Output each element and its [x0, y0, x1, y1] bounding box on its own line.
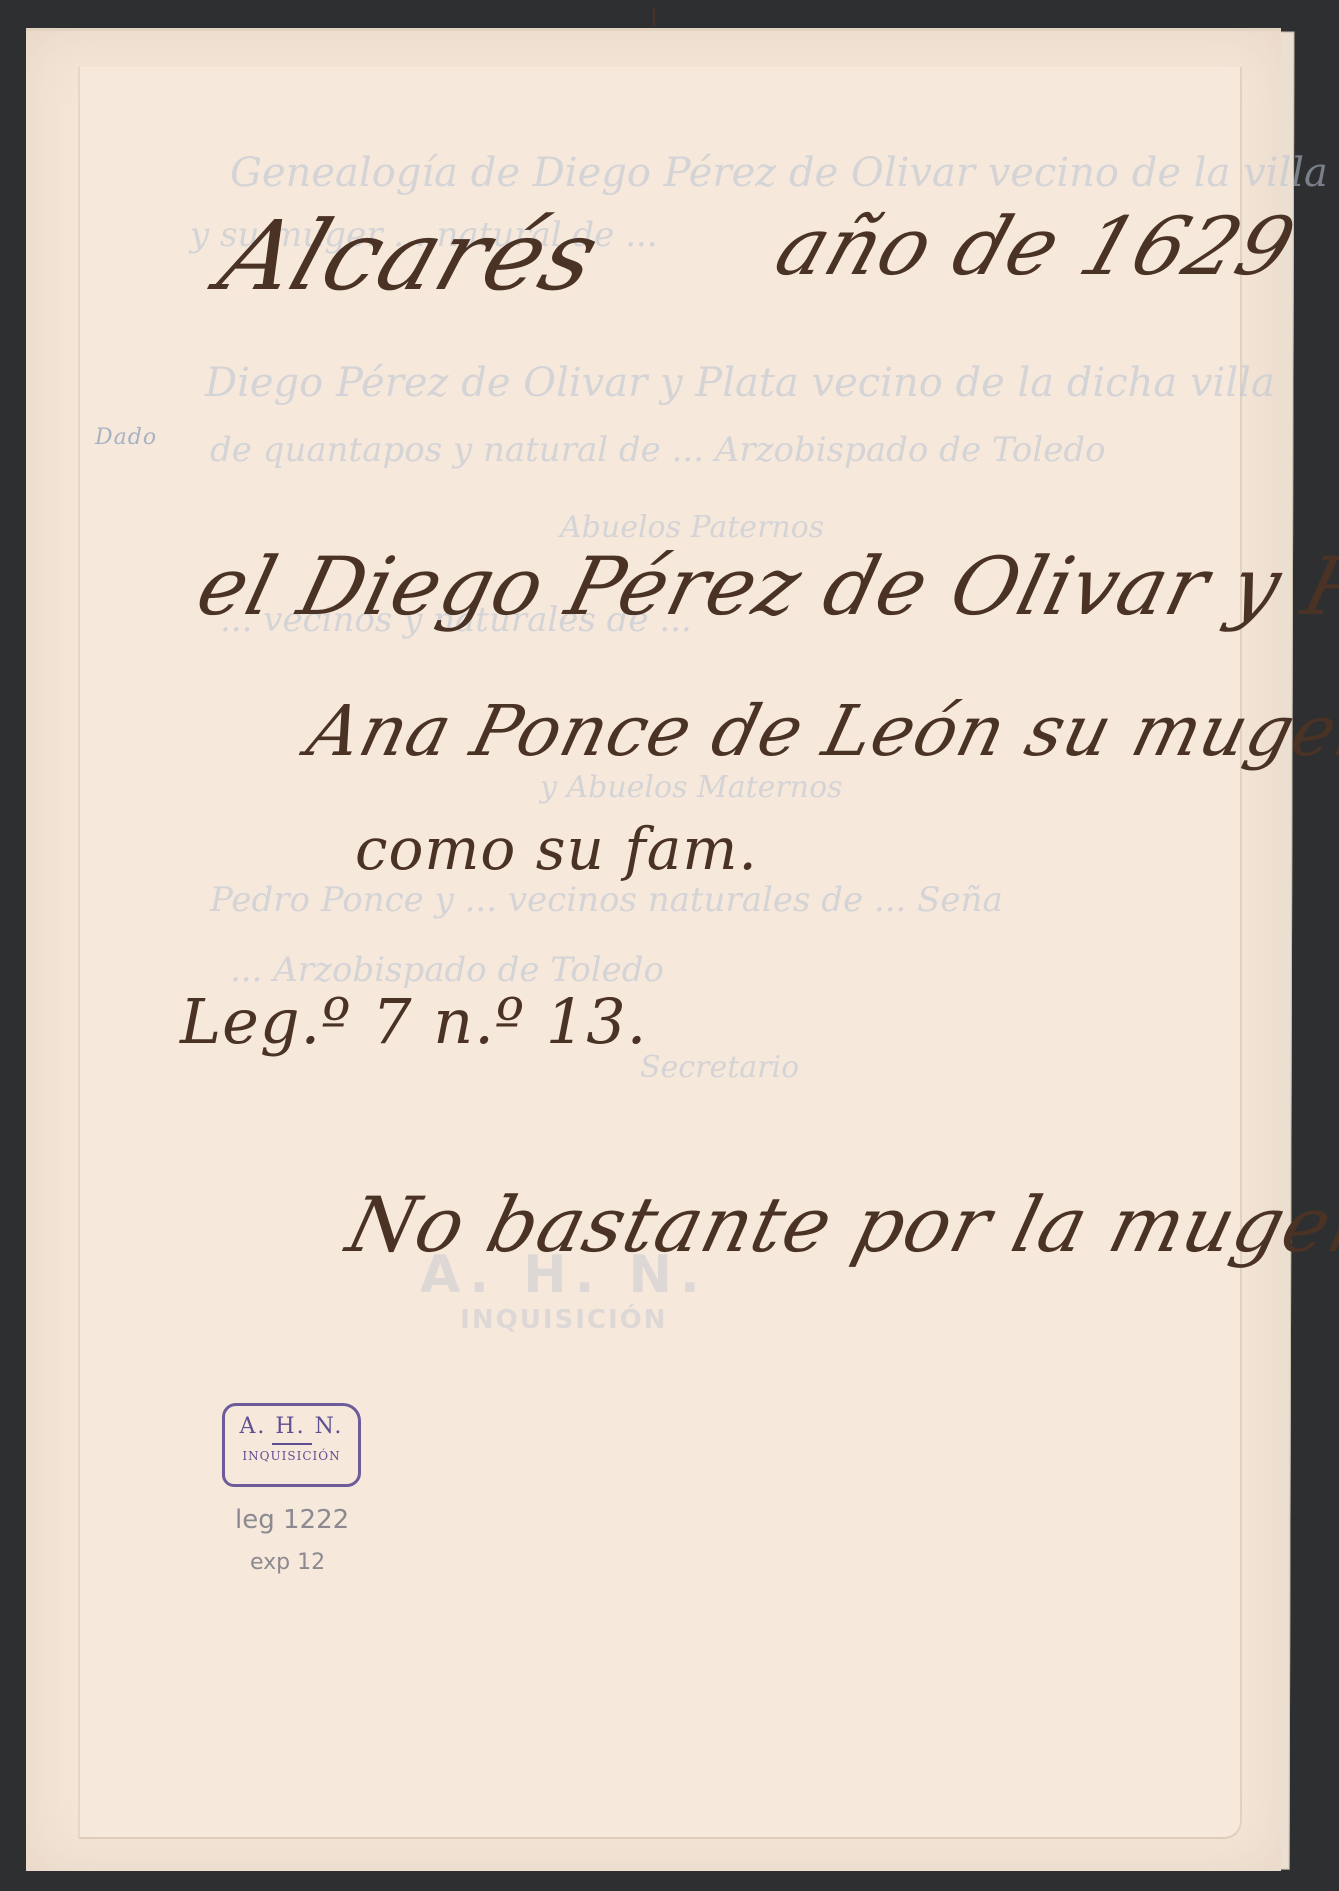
bleed-line-4: de quantapos y natural de ... Arzobispad…: [210, 430, 1106, 470]
header-year: año de 1629: [765, 200, 1307, 293]
margin-note: Dado: [95, 425, 157, 450]
stamp-title: A. H. N.: [225, 1414, 358, 1439]
stamp-rule: [272, 1443, 312, 1445]
stamp-subtitle: INQUISICIÓN: [225, 1449, 358, 1463]
pencil-expediente-note: exp 12: [250, 1550, 325, 1575]
bleed-line-1: Genealogía de Diego Pérez de Olivar veci…: [230, 150, 1339, 196]
ghost-stamp-subtitle: INQUISICIÓN: [420, 1305, 708, 1335]
header-place: Alcarés: [207, 200, 613, 312]
bleed-line-3: Diego Pérez de Olivar y Plata vecino de …: [205, 360, 1275, 406]
bleed-line-8: Pedro Ponce y ... vecinos naturales de .…: [210, 880, 1003, 920]
bleed-line-7: y Abuelos Maternos: [540, 770, 843, 805]
binding-mark: [653, 8, 655, 26]
ahn-inquisicion-stamp: A. H. N. INQUISICIÓN: [222, 1403, 361, 1487]
verdict-line: No bastante por la muger: [339, 1180, 1339, 1269]
bleed-line-9: ... Arzobispado de Toledo: [230, 950, 664, 990]
bleed-line-10: Secretario: [640, 1050, 799, 1085]
names-line-2: Ana Ponce de León su muger, hidalgos: [300, 690, 1339, 772]
legajo-reference: Leg.º 7 n.º 13.: [180, 985, 647, 1058]
names-line-3: como su fam.: [355, 815, 758, 883]
names-line-1: el Diego Pérez de Olivar y Plata: [188, 540, 1339, 633]
pencil-legajo-note: leg 1222: [235, 1505, 349, 1535]
